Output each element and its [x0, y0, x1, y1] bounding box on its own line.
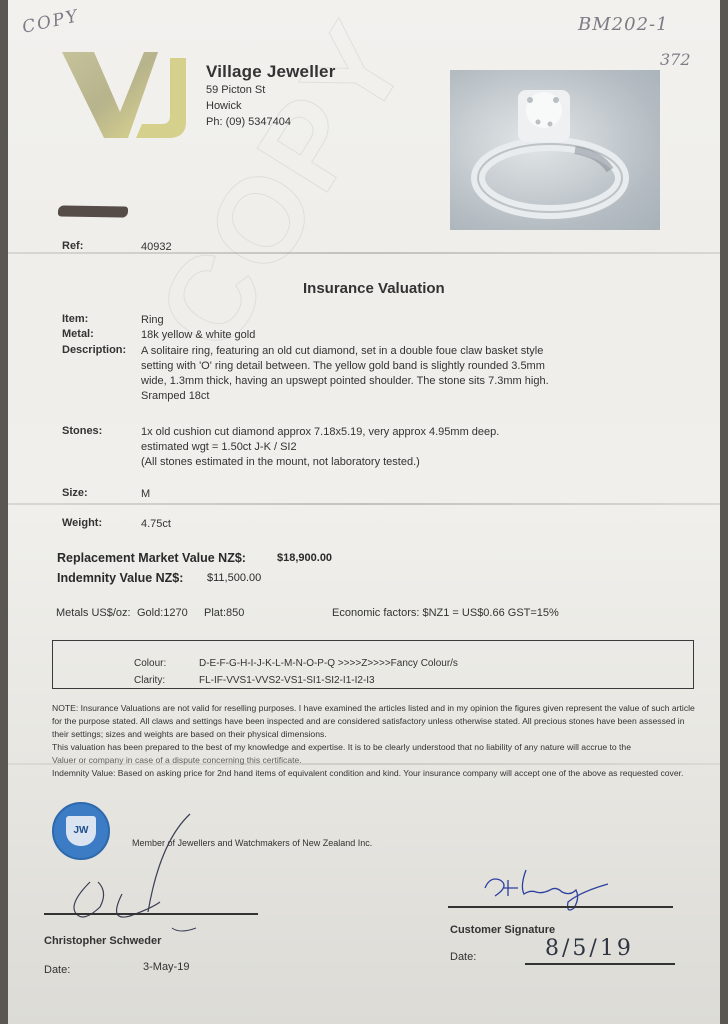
valuer-name: Christopher Schweder — [44, 935, 161, 947]
stones-label: Stones: — [62, 425, 102, 437]
metals-plat: Plat:850 — [204, 607, 244, 619]
clarity-label: Clarity: — [134, 675, 165, 686]
economic-factors: Economic factors: $NZ1 = US$0.66 GST=15% — [332, 607, 559, 619]
handwritten-file-number: 372 — [660, 50, 691, 69]
metals-gold: Gold:1270 — [137, 607, 188, 619]
ref-label: Ref: — [62, 240, 83, 252]
signature-flourish-icon — [170, 924, 200, 934]
company-name: Village Jeweller — [206, 62, 336, 82]
metal-value: 18k yellow & white gold — [141, 328, 255, 343]
indemnity-value-label: Indemnity Value NZ$: — [57, 571, 183, 585]
description-line: wide, 1.3mm thick, having an upswept poi… — [141, 374, 549, 389]
ring-image-icon — [450, 70, 660, 230]
redacted-name — [58, 205, 128, 217]
company-address-line1: 59 Picton St — [206, 84, 265, 96]
handwritten-file-ref: BM202-1 — [578, 14, 669, 35]
document-title: Insurance Valuation — [303, 280, 445, 297]
valuer-signature-line — [44, 913, 258, 915]
weight-label: Weight: — [62, 517, 102, 529]
customer-signature-icon — [480, 866, 620, 916]
note-line: Indemnity Value: Based on asking price f… — [52, 767, 692, 780]
replacement-value-label: Replacement Market Value NZ$: — [57, 551, 246, 565]
fold-line — [8, 503, 720, 505]
item-label: Item: — [62, 313, 88, 325]
company-address-line2: Howick — [206, 100, 241, 112]
weight-value: 4.75ct — [141, 517, 171, 532]
fold-line — [8, 252, 720, 254]
customer-signature-line — [448, 906, 673, 908]
replacement-value: $18,900.00 — [277, 552, 332, 564]
description-line: setting with 'O' ring detail between. Th… — [141, 359, 549, 374]
note-line: Valuer or company in case of a dispute c… — [52, 754, 692, 767]
note-line: for the purpose stated. All claws and se… — [52, 715, 692, 728]
metal-label: Metal: — [62, 328, 94, 340]
indemnity-value: $11,500.00 — [207, 572, 261, 584]
company-phone: Ph: (09) 5347404 — [206, 116, 291, 128]
description-line: A solitaire ring, featuring an old cut d… — [141, 344, 549, 359]
customer-date-line — [525, 963, 675, 965]
colour-scale: D-E-F-G-H-I-J-K-L-M-N-O-P-Q >>>>Z>>>>Fan… — [199, 658, 458, 669]
customer-signature-label: Customer Signature — [450, 924, 555, 936]
note-line: NOTE: Insurance Valuations are not valid… — [52, 702, 692, 715]
vj-logo-icon — [62, 52, 197, 140]
ring-photo — [450, 70, 660, 230]
size-value: M — [141, 487, 150, 502]
ref-value: 40932 — [141, 240, 172, 255]
stones-line: 1x old cushion cut diamond approx 7.18x5… — [141, 425, 499, 440]
valuation-notes: NOTE: Insurance Valuations are not valid… — [52, 702, 692, 780]
description-text: A solitaire ring, featuring an old cut d… — [141, 344, 549, 404]
colour-label: Colour: — [134, 658, 166, 669]
metals-label: Metals US$/oz: — [56, 607, 131, 619]
valuer-signature-icon — [60, 812, 220, 922]
stones-line: estimated wgt = 1.50ct J-K / SI2 — [141, 440, 499, 455]
item-value: Ring — [141, 313, 164, 328]
valuer-date: 3-May-19 — [143, 961, 189, 973]
note-line: their settings; sizes and weights are ba… — [52, 728, 692, 741]
valuer-date-label: Date: — [44, 964, 70, 976]
clarity-scale: FL-IF-VVS1-VVS2-VS1-SI1-SI2-I1-I2-I3 — [199, 675, 375, 686]
customer-handwritten-date: 8/5/19 — [545, 936, 634, 961]
description-line: Sramped 18ct — [141, 389, 549, 404]
description-label: Description: — [62, 344, 126, 356]
stones-text: 1x old cushion cut diamond approx 7.18x5… — [141, 425, 499, 470]
customer-date-label: Date: — [450, 951, 476, 963]
size-label: Size: — [62, 487, 88, 499]
note-line: This valuation has been prepared to the … — [52, 741, 692, 754]
stones-line: (All stones estimated in the mount, not … — [141, 455, 499, 470]
